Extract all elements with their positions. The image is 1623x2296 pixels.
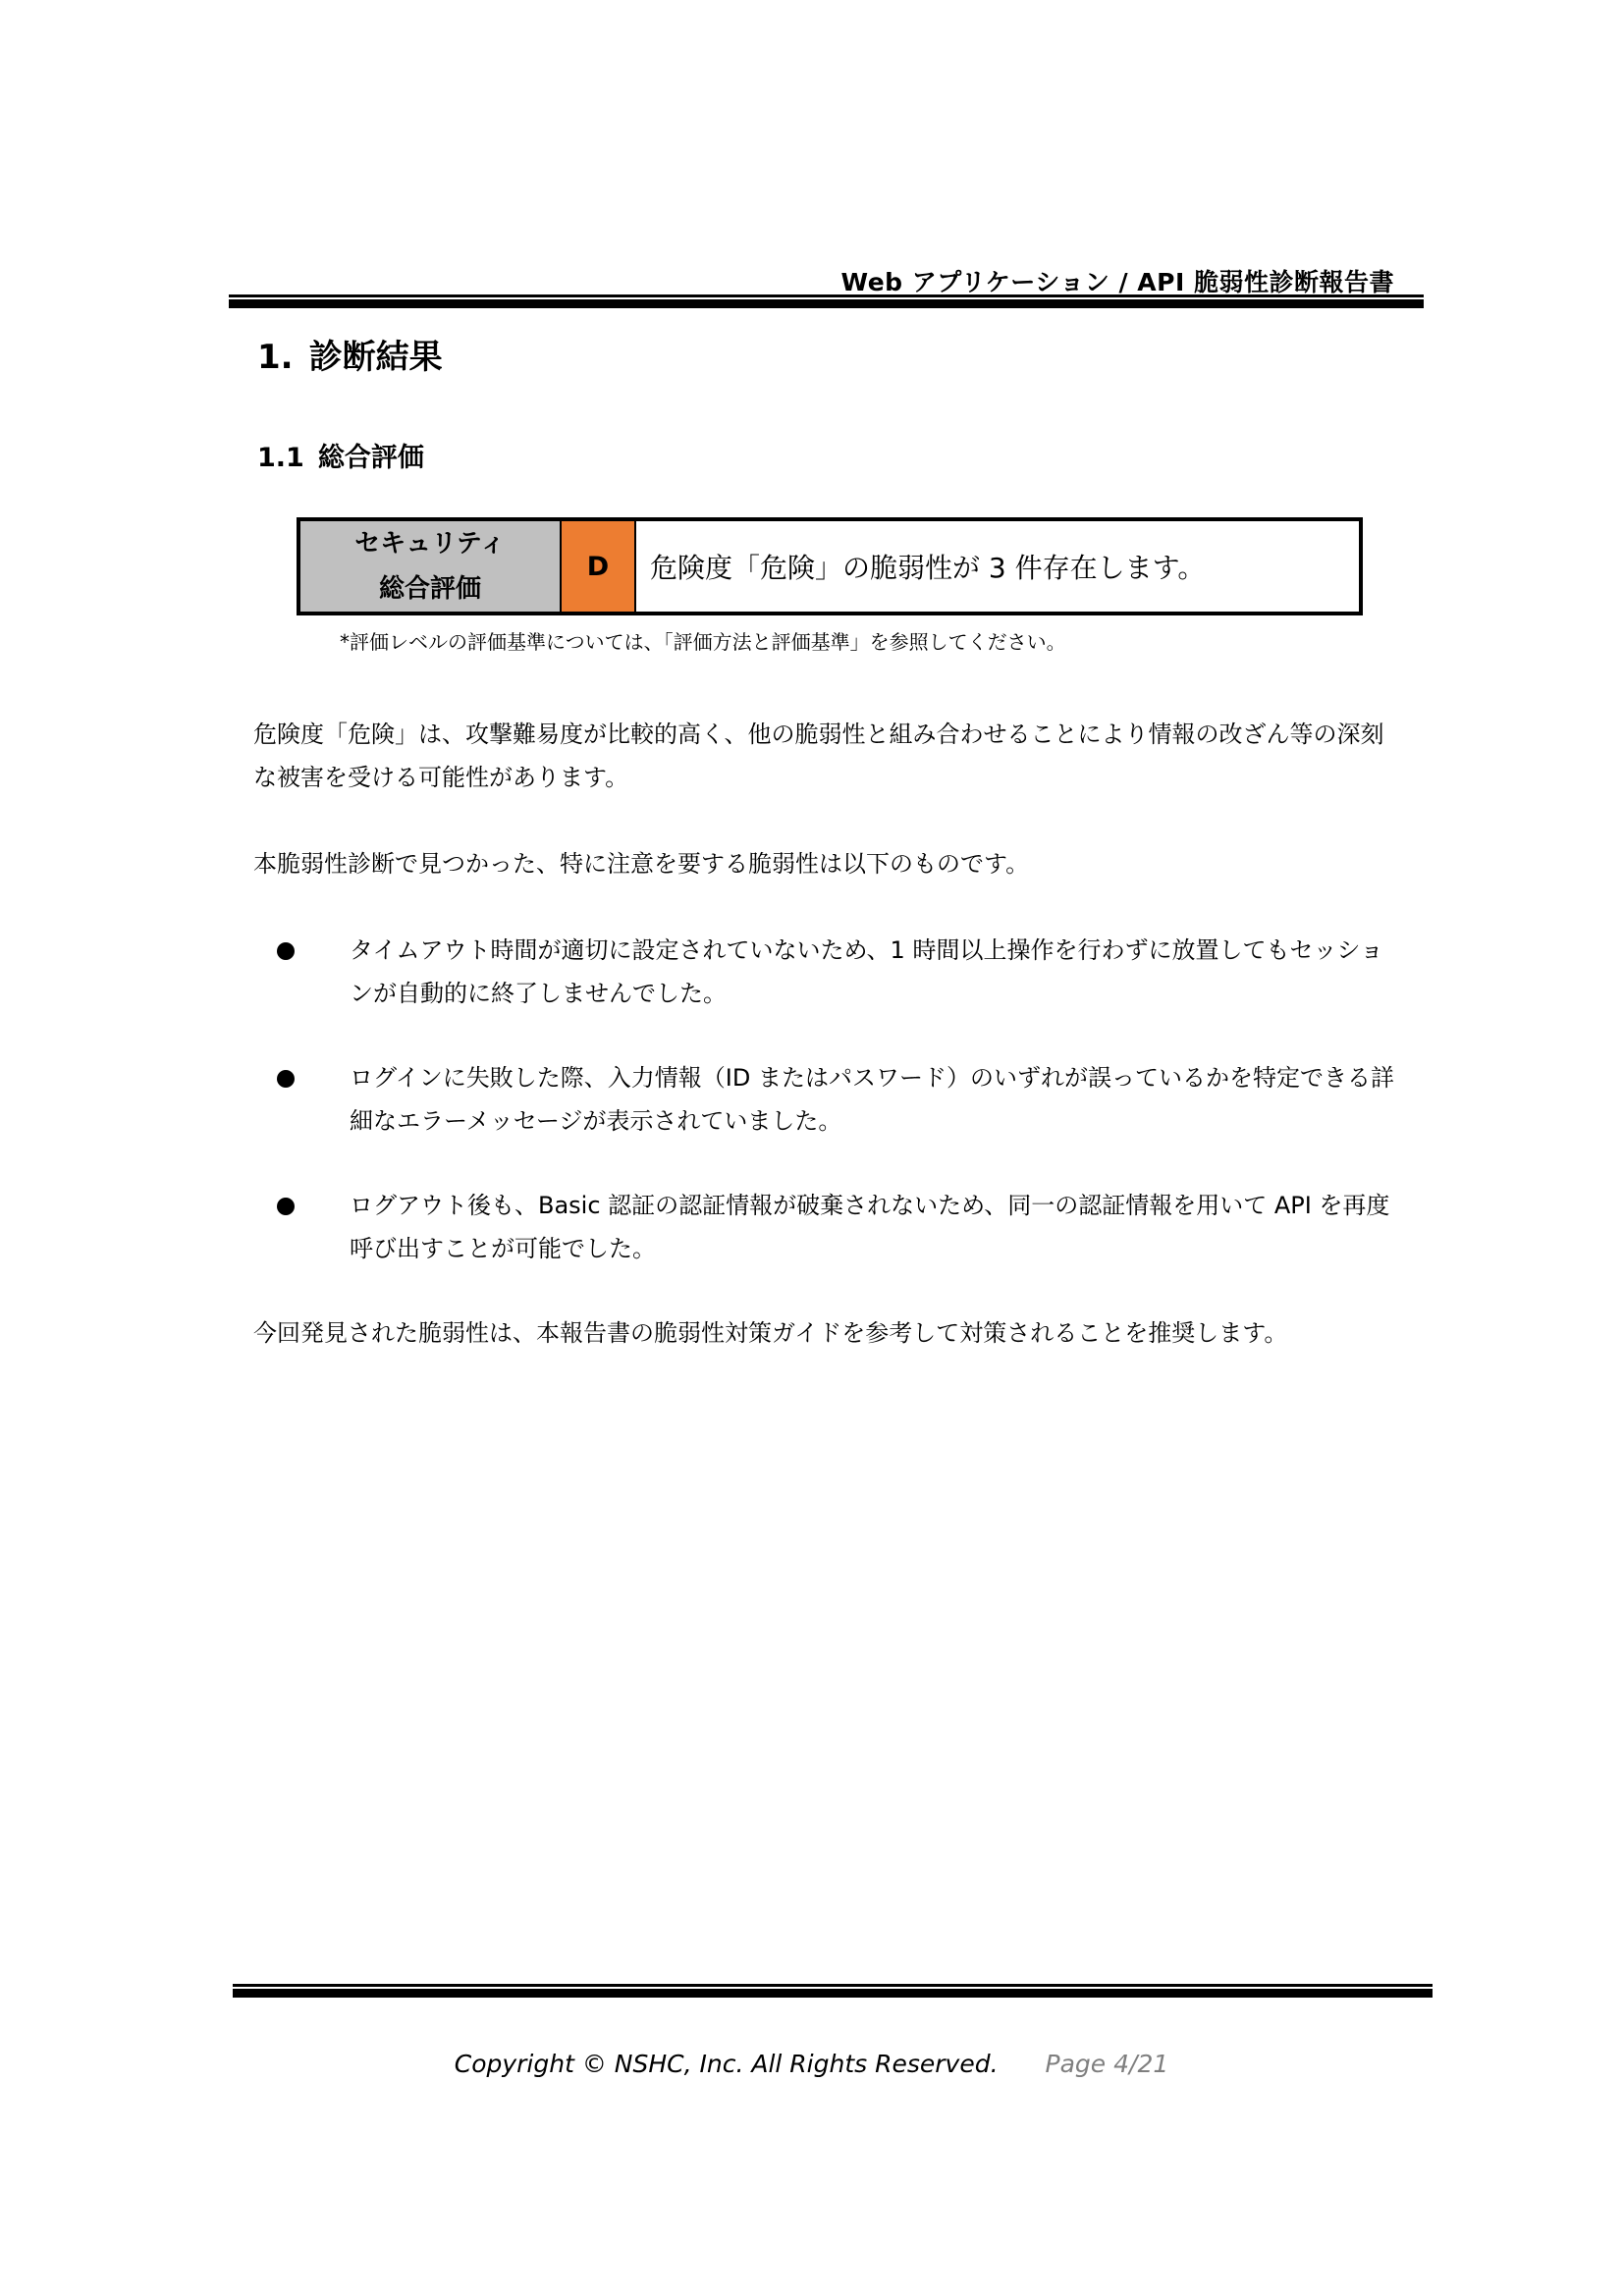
evaluation-grade: D: [587, 552, 609, 582]
finding-text: ログインに失敗した際、入力情報（ID またはパスワード）のいずれが誤っているかを…: [350, 1056, 1406, 1143]
bullet-icon: [277, 1070, 295, 1088]
footer: Copyright © NSHC, Inc. All Rights Reserv…: [0, 2050, 1623, 2078]
bullet-icon: [277, 942, 295, 960]
header-rule-thin: [229, 294, 1424, 297]
footer-rule-thick: [233, 1989, 1433, 1998]
overall-evaluation-table: セキュリティ 総合評価 D 危険度「危険」の脆弱性が 3 件存在します。: [297, 517, 1363, 615]
document-header-title: Web アプリケーション / API 脆弱性診断報告書: [687, 263, 1394, 298]
subsection-title: 総合評価: [318, 443, 424, 473]
evaluation-label-cell: セキュリティ 総合評価: [300, 521, 562, 612]
section-title: 診断結果: [309, 338, 443, 377]
section-number: 1.: [257, 338, 294, 377]
evaluation-note: *評価レベルの評価基準については、「評価方法と評価基準」を参照してください。: [340, 626, 1066, 655]
evaluation-label-line1: セキュリティ: [354, 521, 505, 566]
subsection-heading: 1.1総合評価: [257, 436, 424, 474]
finding-text: ログアウト後も、Basic 認証の認証情報が破棄されないため、同一の認証情報を用…: [350, 1184, 1406, 1270]
header-rule-thick: [229, 299, 1424, 308]
finding-list-item: ログインに失敗した際、入力情報（ID またはパスワード）のいずれが誤っているかを…: [277, 1056, 1406, 1143]
page-number: Page 4/21: [1046, 2050, 1169, 2078]
evaluation-grade-cell: D: [562, 521, 636, 612]
finding-list-item: タイムアウト時間が適切に設定されていないため、1 時間以上操作を行わずに放置して…: [277, 929, 1406, 1015]
findings-intro-paragraph: 本脆弱性診断で見つかった、特に注意を要する脆弱性は以下のものです。: [253, 842, 1402, 885]
evaluation-label-line2: 総合評価: [379, 566, 481, 612]
subsection-number: 1.1: [257, 443, 304, 473]
recommendation-paragraph: 今回発見された脆弱性は、本報告書の脆弱性対策ガイドを参考して対策されることを推奨…: [253, 1311, 1402, 1355]
finding-text: タイムアウト時間が適切に設定されていないため、1 時間以上操作を行わずに放置して…: [350, 929, 1406, 1015]
section-heading: 1.診断結果: [257, 330, 443, 378]
risk-description-paragraph: 危険度「危険」は、攻撃難易度が比較的高く、他の脆弱性と組み合わせることにより情報…: [253, 713, 1402, 799]
evaluation-summary: 危険度「危険」の脆弱性が 3 件存在します。: [650, 547, 1205, 586]
evaluation-summary-cell: 危険度「危険」の脆弱性が 3 件存在します。: [636, 521, 1359, 612]
footer-rule-thin: [233, 1984, 1433, 1987]
footer-copyright: Copyright © NSHC, Inc. All Rights Reserv…: [455, 2050, 999, 2078]
finding-list-item: ログアウト後も、Basic 認証の認証情報が破棄されないため、同一の認証情報を用…: [277, 1184, 1406, 1270]
bullet-icon: [277, 1198, 295, 1215]
